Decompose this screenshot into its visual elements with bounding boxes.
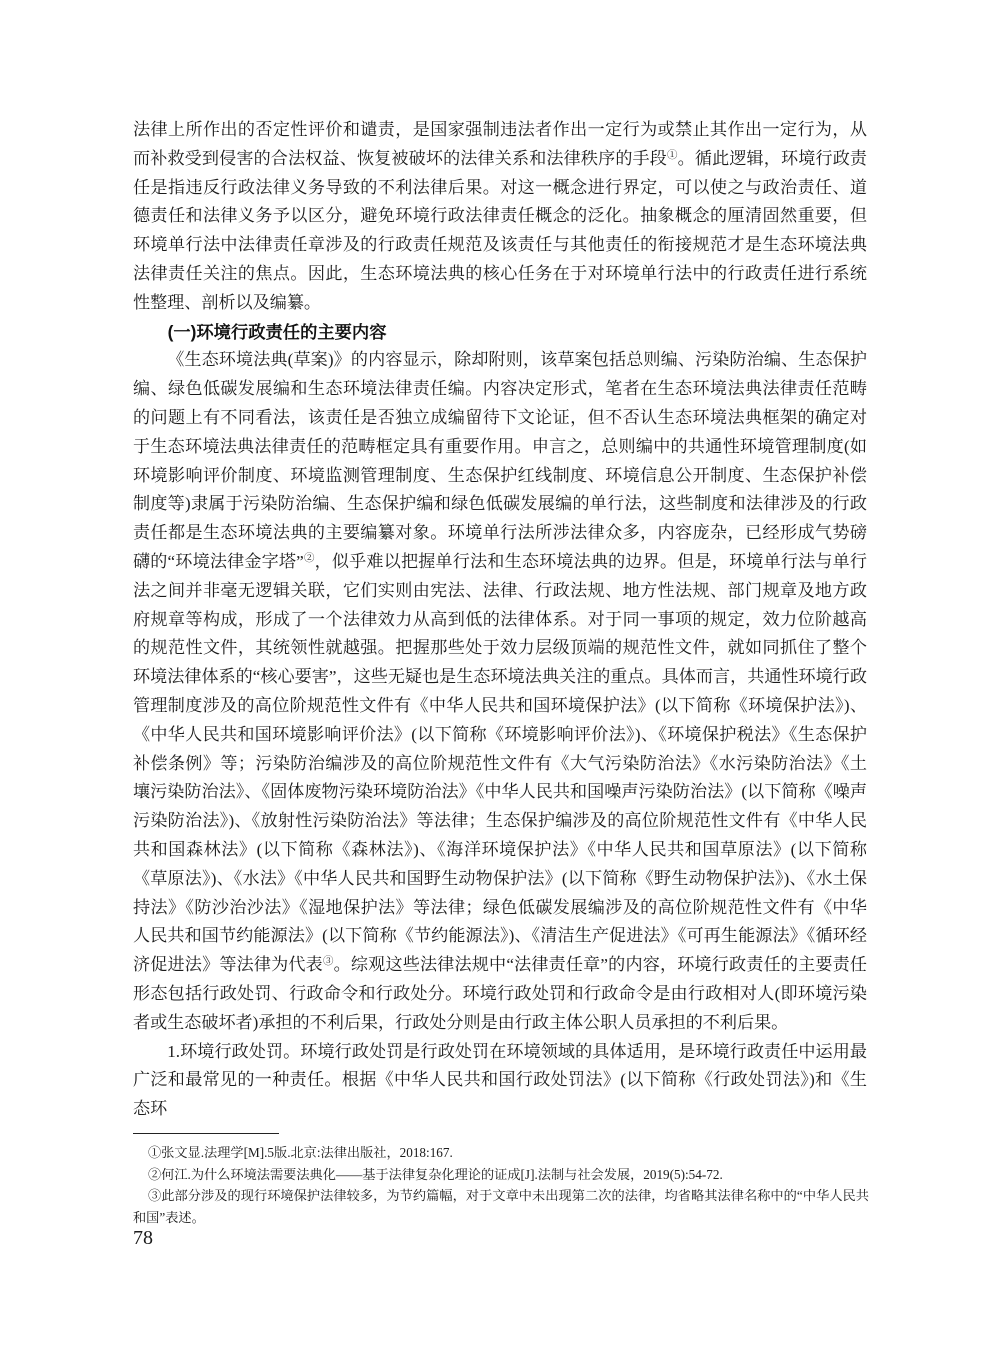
footnote-marker-2: ②	[304, 553, 315, 564]
section-heading: (一)环境行政责任的主要内容	[133, 318, 867, 347]
page-background: { "document": { "paragraph1": { "part1":…	[0, 0, 1000, 1347]
paragraph-text: 。循此逻辑，环境行政责任是指违反行政法律义务导致的不利法律后果。对这一概念进行界…	[133, 149, 867, 312]
body-paragraph-2: 《生态环境法典(草案)》的内容显示，除却附则，该草案包括总则编、污染防治编、生态…	[133, 346, 867, 1037]
paragraph-text: ，似乎难以把握单行法和生态环境法典的边界。但是，环境单行法与单行法之间并非毫无逻…	[133, 552, 867, 974]
footnote-separator	[133, 1133, 279, 1134]
footnote-1: ①张文显.法理学[M].5版.北京:法律出版社，2018:167.	[133, 1142, 869, 1164]
footnote-2: ②何江.为什么环境法需要法典化——基于法律复杂化理论的证成[J].法制与社会发展…	[133, 1164, 869, 1186]
body-paragraph-3: 1.环境行政处罚。环境行政处罚是行政处罚在环境领域的具体适用，是环境行政责任中运…	[133, 1038, 867, 1124]
footnote-marker-3: ③	[323, 956, 334, 967]
document-sheet: 法律上所作出的否定性评价和谴责，是国家强制违法者作出一定行为或禁止其作出一定行为…	[0, 0, 1000, 1347]
body-paragraph-1: 法律上所作出的否定性评价和谴责，是国家强制违法者作出一定行为或禁止其作出一定行为…	[133, 116, 867, 318]
page-number: 78	[133, 1227, 153, 1250]
paragraph-text: 《生态环境法典(草案)》的内容显示，除却附则，该草案包括总则编、污染防治编、生态…	[133, 350, 867, 571]
footnotes-section: ①张文显.法理学[M].5版.北京:法律出版社，2018:167. ②何江.为什…	[133, 1142, 869, 1228]
article-body: 法律上所作出的否定性评价和谴责，是国家强制违法者作出一定行为或禁止其作出一定行为…	[133, 116, 867, 1124]
footnote-3: ③此部分涉及的现行环境保护法律较多，为节约篇幅，对于文章中未出现第二次的法律，均…	[133, 1185, 869, 1228]
footnote-marker-1: ①	[667, 150, 678, 161]
